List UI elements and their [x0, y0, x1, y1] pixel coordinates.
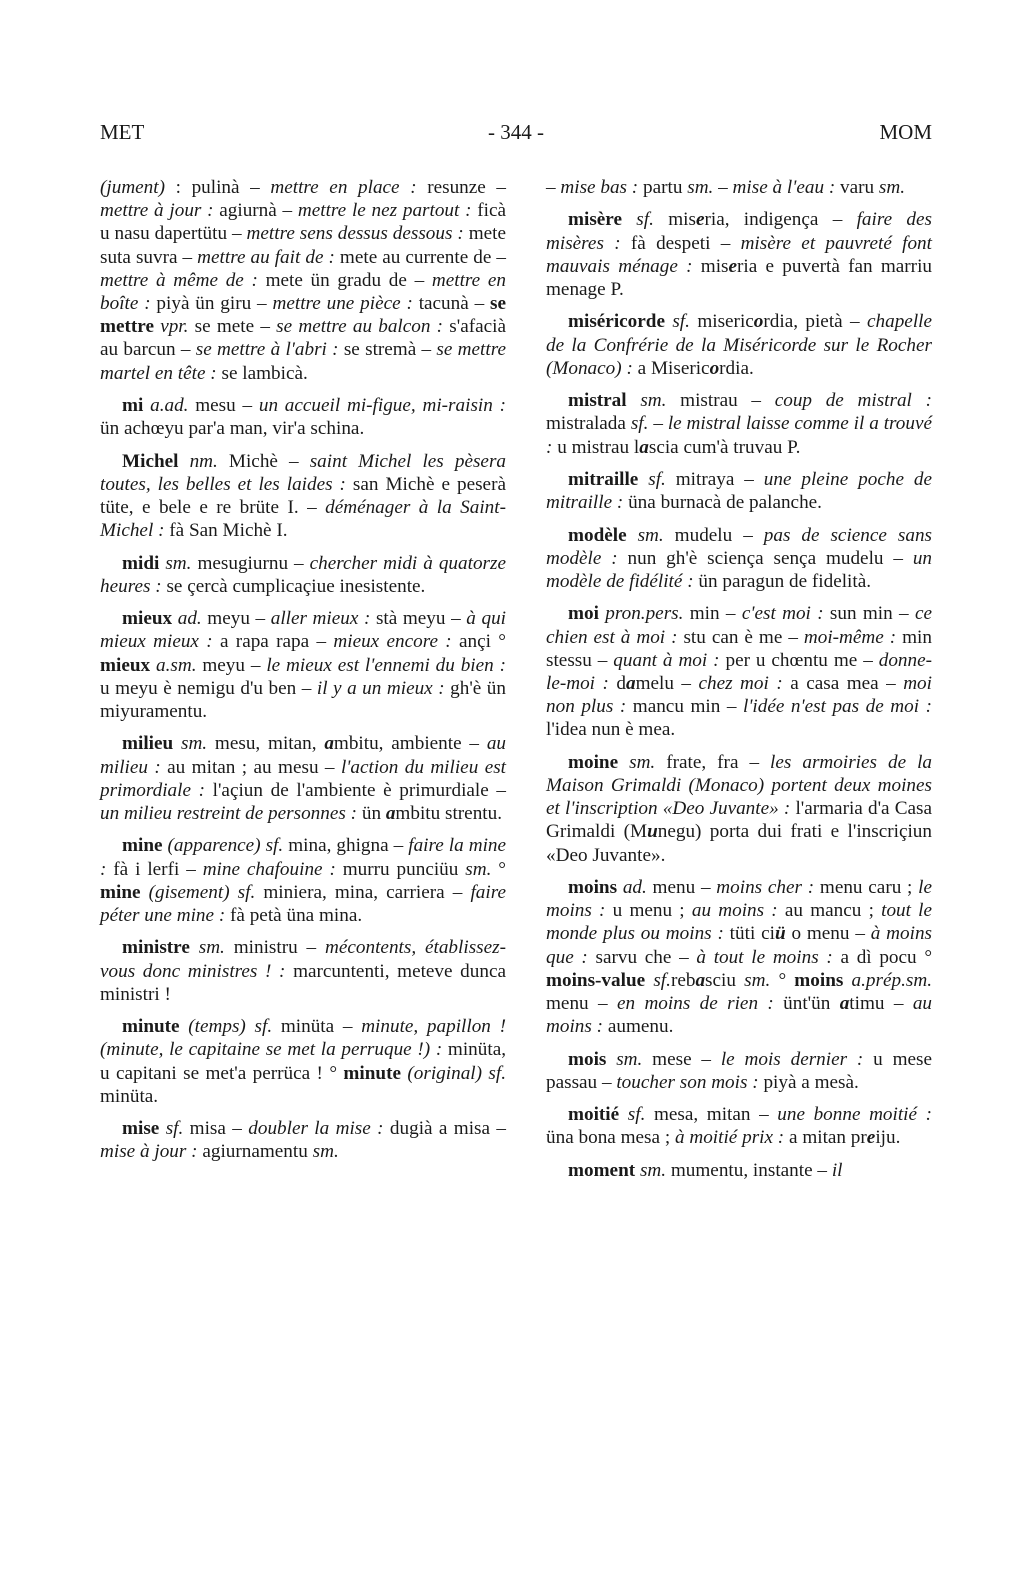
headword: mine: [122, 835, 163, 856]
entry-text: minüta –: [272, 1016, 361, 1037]
entry-text: quant à moi :: [613, 650, 719, 671]
entry-text: –: [713, 177, 732, 198]
entry-text: [627, 525, 638, 546]
entry-text: mettre le nez partout :: [298, 200, 472, 221]
dictionary-entry: moitié sf. mesa, mitan – une bonne moiti…: [546, 1103, 932, 1149]
entry-text: l'açiun de l'ambiente è primurdiale –: [205, 780, 506, 801]
entry-text: frate, fra –: [655, 752, 770, 773]
entry-text: üna bona mesa ;: [546, 1127, 675, 1148]
entry-text: sm.: [616, 1049, 642, 1070]
entry-text: aller mieux :: [271, 608, 371, 629]
entry-text: u mistrau l: [552, 437, 639, 458]
entry-text: meyu –: [197, 655, 267, 676]
dictionary-entry: milieu sm. mesu, mitan, ambitu, ambiente…: [100, 732, 506, 825]
entry-text: [606, 1049, 616, 1070]
entry-text: sm.: [640, 1160, 666, 1181]
entry-text: fà San Michè I.: [164, 520, 287, 541]
headword: minute: [122, 1016, 180, 1037]
entry-text: c'est moi :: [742, 603, 824, 624]
headword: mistral: [568, 390, 627, 411]
entry-text: mettre à même de :: [100, 270, 258, 291]
entry-text: menu –: [647, 877, 717, 898]
entry-text: piyà ün giru –: [151, 293, 273, 314]
entry-text: minute: [343, 1063, 401, 1084]
entry-text: a: [840, 993, 850, 1014]
entry-text: sm.: [165, 553, 191, 574]
entry-text: sm.: [181, 733, 207, 754]
entry-text: mancu min –: [626, 696, 743, 717]
headword: mitraille: [568, 469, 638, 490]
entry-text: (temps) sf.: [188, 1016, 272, 1037]
dictionary-entry: mise sf. misa – doubler la mise : dugià …: [100, 1117, 506, 1163]
entry-text: se mete –: [188, 316, 276, 337]
headword: moi: [568, 603, 599, 624]
dictionary-entry: ministre sm. ministru – mécontents, étab…: [100, 936, 506, 1006]
entry-text: dugià a misa –: [384, 1118, 506, 1139]
entry-text: ria, indigença –: [704, 209, 856, 230]
entry-text: moins: [794, 970, 843, 991]
dictionary-entry: moi pron.pers. min – c'est moi : sun min…: [546, 602, 932, 741]
dictionary-entry: minute (temps) sf. minüta – minute, papi…: [100, 1015, 506, 1108]
right-column: – mise bas : partu sm. – mise à l'eau : …: [546, 176, 932, 1191]
entry-text: miniera, mina, carriera –: [255, 882, 470, 903]
entry-text: Michè –: [218, 451, 310, 472]
entry-text: [190, 937, 199, 958]
headword: mieux: [122, 608, 172, 629]
entry-text: [843, 970, 851, 991]
entry-text: [619, 1104, 628, 1125]
entry-text: mine chafouine :: [203, 859, 336, 880]
dictionary-entry: mitraille sf. mitraya – une pleine poche…: [546, 468, 932, 514]
entry-text: sf.: [672, 311, 690, 332]
entry-text: mudelu –: [664, 525, 764, 546]
entry-text: fà despeti –: [621, 233, 741, 254]
entry-text: mumentu, instante –: [666, 1160, 832, 1181]
entry-text: agiurnà –: [214, 200, 298, 221]
entry-text: [618, 752, 629, 773]
entry-text: mistralada: [546, 413, 631, 434]
dictionary-entry: moine sm. frate, fra – les armoiries de …: [546, 751, 932, 867]
entry-text: ünt'ün: [774, 993, 840, 1014]
entry-text: moins-value: [546, 970, 645, 991]
entry-text: [622, 209, 636, 230]
entry-text: sciu: [705, 970, 744, 991]
dictionary-entry: midi sm. mesugiurnu – chercher midi à qu…: [100, 552, 506, 598]
entry-text: menu caru ;: [814, 877, 918, 898]
dictionary-entry: moment sm. mumentu, instante – il: [546, 1159, 932, 1182]
headword: moins: [568, 877, 617, 898]
entry-text: sm.: [465, 859, 491, 880]
entry-text: a mitan pr: [784, 1127, 867, 1148]
left-column: (jument) : pulinà – mettre en place : re…: [100, 176, 506, 1173]
entry-text: (gisement) sf.: [149, 882, 256, 903]
entry-text: a: [639, 437, 649, 458]
entry-text: murru punciüu: [336, 859, 465, 880]
entry-text: stu can è me –: [678, 627, 804, 648]
entry-text: üna burnacà de palanche.: [623, 492, 822, 513]
dictionary-entry: moins ad. menu – moins cher : menu caru …: [546, 876, 932, 1038]
entry-text: sm.: [638, 525, 664, 546]
headword: moitié: [568, 1104, 619, 1125]
entry-text: rdia, pietà –: [763, 311, 867, 332]
entry-text: e: [729, 256, 738, 277]
dictionary-entry: mois sm. mese – le mois dernier : u mese…: [546, 1048, 932, 1094]
entry-text: le mieux est l'ennemi du bien :: [266, 655, 506, 676]
entry-text: piyà a mesà.: [759, 1072, 859, 1093]
entry-text: au moins :: [692, 900, 778, 921]
entry-text: resunze –: [417, 177, 506, 198]
dictionary-entry: mistral sm. mistrau – coup de mistral : …: [546, 389, 932, 459]
dictionary-entry: mine (apparence) sf. mina, ghigna – fair…: [100, 834, 506, 927]
entry-text: mete ün gradu de –: [258, 270, 432, 291]
headword: moine: [568, 752, 618, 773]
entry-text: se lambicà.: [217, 363, 308, 384]
entry-text: il: [832, 1160, 843, 1181]
entry-text: iju.: [875, 1127, 900, 1148]
entry-text: sf.: [628, 1104, 646, 1125]
entry-text: sm.: [744, 970, 770, 991]
entry-text: rdia.: [719, 358, 754, 379]
entry-text: se çercà cumplicaçiue inesistente.: [162, 576, 426, 597]
entry-text: il y a un mieux :: [317, 678, 445, 699]
entry-text: toucher son mois :: [616, 1072, 758, 1093]
entry-text: sm.: [640, 390, 666, 411]
entry-text: meyu –: [202, 608, 271, 629]
headword: ministre: [122, 937, 190, 958]
entry-text: mbitu, ambiente –: [334, 733, 487, 754]
headword: mise: [122, 1118, 159, 1139]
entry-text: a: [386, 803, 396, 824]
headword: Michel: [122, 451, 178, 472]
entry-text: ün: [357, 803, 386, 824]
entry-text: mesugiurnu –: [191, 553, 309, 574]
entry-text: a dì pocu °: [833, 947, 932, 968]
entry-text: o: [754, 311, 764, 332]
entry-text: melu –: [636, 673, 699, 694]
entry-text: coup de mistral :: [775, 390, 932, 411]
entry-text: mbitu strentu.: [395, 803, 502, 824]
entry-text: en moins de rien :: [617, 993, 774, 1014]
entry-text: mis: [693, 256, 729, 277]
headword: moment: [568, 1160, 635, 1181]
entry-text: tacunà –: [413, 293, 490, 314]
entry-text: mettre une pièce :: [272, 293, 412, 314]
entry-text: a casa mea –: [783, 673, 903, 694]
entry-text: un accueil mi-figue, mi-raisin :: [259, 395, 506, 416]
entry-text: d: [609, 673, 626, 694]
entry-text: sun min –: [824, 603, 915, 624]
entry-text: l'idée n'est pas de moi :: [743, 696, 932, 717]
entry-text: mis: [654, 209, 696, 230]
entry-text: au mitan ; au mesu –: [161, 757, 341, 778]
headword: midi: [122, 553, 159, 574]
entry-text: o: [710, 358, 720, 379]
entry-text: ün paragun de fidelità.: [694, 571, 871, 592]
entry-text: (apparence) sf.: [168, 835, 284, 856]
entry-text: un milieu restreint de personnes :: [100, 803, 357, 824]
entry-text: (jument): [100, 177, 165, 198]
entry-text: [173, 733, 181, 754]
entry-text: [627, 390, 641, 411]
headword: miséricorde: [568, 311, 665, 332]
entry-text: ministru –: [225, 937, 325, 958]
entry-text: –: [648, 413, 667, 434]
entry-text: pron.pers.: [605, 603, 683, 624]
entry-text: l'idea nun è mea.: [546, 719, 675, 740]
entry-text: mettre au fait de :: [197, 247, 335, 268]
headword: modèle: [568, 525, 627, 546]
dictionary-entry: mieux ad. meyu – aller mieux : stà meyu …: [100, 607, 506, 723]
entry-text: mise à jour :: [100, 1141, 198, 1162]
dictionary-entry: misère sf. miseria, indigença – faire de…: [546, 208, 932, 301]
entry-text: u: [647, 821, 658, 842]
entry-text: mise bas :: [560, 177, 638, 198]
entry-text: ün achœyu par'a man, vir'a schina.: [100, 418, 364, 439]
entry-text: mete au currente de –: [335, 247, 506, 268]
entry-text: sm.: [313, 1141, 339, 1162]
entry-text: sf.: [631, 413, 649, 434]
dictionary-entry: modèle sm. mudelu – pas de science sans …: [546, 524, 932, 594]
entry-text: mieux: [100, 655, 150, 676]
entry-text: stà meyu –: [370, 608, 466, 629]
headword: mois: [568, 1049, 606, 1070]
entry-text: menu –: [546, 993, 617, 1014]
entry-text: sf.: [648, 469, 666, 490]
entry-text: a rapa rapa –: [213, 631, 334, 652]
entry-text: a: [324, 733, 334, 754]
entry-text: [141, 882, 149, 903]
entry-text: partu: [638, 177, 687, 198]
entry-text: mese –: [642, 1049, 721, 1070]
entry-text: a Miseric: [633, 358, 710, 379]
entry-text: misa –: [183, 1118, 248, 1139]
entry-text: mettre sens dessus dessous :: [247, 223, 464, 244]
dictionary-entry: mi a.ad. mesu – un accueil mi-figue, mi-…: [100, 394, 506, 440]
entry-text: –: [546, 177, 560, 198]
entry-text: mesa, mitan –: [645, 1104, 777, 1125]
entry-text: se mettre à l'abri :: [196, 339, 339, 360]
entry-text: : pulinà –: [165, 177, 270, 198]
entry-text: sf.: [636, 209, 654, 230]
entry-text: moins cher :: [716, 877, 814, 898]
entry-text: doubler la mise :: [248, 1118, 383, 1139]
entry-text: sarvu che –: [588, 947, 697, 968]
entry-continuation: (jument) : pulinà – mettre en place : re…: [100, 176, 506, 385]
entry-text: a.ad.: [150, 395, 188, 416]
entry-text: mettre à jour :: [100, 200, 214, 221]
entry-text: agiurnamentu: [198, 1141, 313, 1162]
entry-text: le mois dernier :: [721, 1049, 863, 1070]
entry-text: o menu –: [786, 923, 871, 944]
entry-text: mine: [100, 882, 141, 903]
entry-text: mina, ghigna –: [283, 835, 408, 856]
entry-text: [178, 451, 189, 472]
entry-text: a.sm.: [156, 655, 197, 676]
entry-text: sf.: [166, 1118, 184, 1139]
entry-text: vpr.: [160, 316, 188, 337]
entry-text: (original) sf.: [407, 1063, 506, 1084]
dictionary-entry: Michel nm. Michè – saint Michel les pèse…: [100, 450, 506, 543]
entry-text: a.prép.sm.: [852, 970, 932, 991]
headword: mi: [122, 395, 143, 416]
entry-text: sm.: [879, 177, 905, 198]
entry-text: sm.: [687, 177, 713, 198]
dictionary-entry: miséricorde sf. misericordia, pietà – ch…: [546, 310, 932, 380]
headword: milieu: [122, 733, 173, 754]
entry-text: miseric: [690, 311, 754, 332]
entry-text: sm.: [199, 937, 225, 958]
entry-text: nun gh'è sciença sença mudelu –: [618, 548, 913, 569]
right-guide-word: MOM: [879, 120, 932, 145]
entry-text: u meyu è nemigu d'u ben –: [100, 678, 317, 699]
entry-text: mitraya –: [666, 469, 764, 490]
entry-text: sm.: [629, 752, 655, 773]
entry-text: nm.: [190, 451, 218, 472]
entry-text: une bonne moitié :: [777, 1104, 932, 1125]
entry-text: à moitié prix :: [675, 1127, 784, 1148]
entry-text: mettre en place :: [270, 177, 416, 198]
entry-text: fà i lerfi –: [106, 859, 202, 880]
entry-text: se mettre au balcon :: [276, 316, 443, 337]
entry-text: à tout le moins :: [696, 947, 832, 968]
left-guide-word: MET: [100, 120, 144, 145]
entry-text: min –: [683, 603, 741, 624]
page-number: - 344 -: [100, 120, 932, 145]
entry-text: reb: [671, 970, 696, 991]
entry-text: aumenu.: [603, 1016, 673, 1037]
entry-text: °: [491, 859, 506, 880]
entry-text: varu: [835, 177, 879, 198]
entry-text: fà petà üna mina.: [225, 905, 362, 926]
entry-text: scia cum'à truvau P.: [649, 437, 801, 458]
entry-text: mesu, mitan,: [207, 733, 324, 754]
entry-text: mise à l'eau :: [733, 177, 836, 198]
entry-text: °: [770, 970, 794, 991]
headword: misère: [568, 209, 622, 230]
entry-text: ü: [775, 923, 786, 944]
entry-text: a: [626, 673, 636, 694]
entry-text: timu –: [849, 993, 913, 1014]
entry-text: ad.: [623, 877, 647, 898]
entry-continuation: – mise bas : partu sm. – mise à l'eau : …: [546, 176, 932, 199]
entry-text: minüta.: [100, 1086, 158, 1107]
entry-text: mesu –: [188, 395, 258, 416]
entry-text: mieux encore :: [333, 631, 451, 652]
entry-text: [180, 1016, 189, 1037]
entry-text: chez moi :: [698, 673, 782, 694]
entry-text: tüti ci: [724, 923, 775, 944]
entry-text: au mancu ;: [778, 900, 881, 921]
entry-text: [638, 469, 648, 490]
entry-text: mistrau –: [666, 390, 774, 411]
entry-text: sf.: [653, 970, 671, 991]
running-header: - 344 - MET MOM: [100, 120, 932, 150]
entry-text: a: [695, 970, 705, 991]
entry-text: moi-même :: [804, 627, 896, 648]
entry-text: per u chœntu me –: [720, 650, 879, 671]
entry-text: u menu ;: [605, 900, 691, 921]
entry-text: ad.: [178, 608, 202, 629]
entry-text: se stremà –: [339, 339, 437, 360]
entry-text: ançi °: [452, 631, 506, 652]
